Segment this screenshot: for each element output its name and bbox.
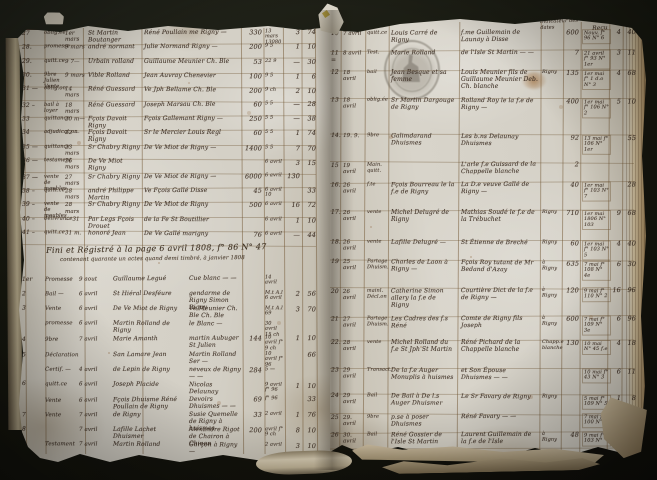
total: 18 <box>623 340 636 347</box>
registration-note: 6 avril <box>265 173 285 178</box>
registration-note: 22 9 <box>265 59 285 64</box>
total: 28 <box>623 181 636 189</box>
right-page: Indicateur des dates Reçu 107 avrilquitt… <box>330 16 648 464</box>
amount: 48 <box>562 432 579 440</box>
total: 10 <box>303 383 316 391</box>
registration-note: 9 avril f° 96 <box>265 382 285 393</box>
party-two: Courtière Dict de la f.e de Rigny — <box>461 288 538 302</box>
party-two: Nicolas Delaunay <box>189 382 241 396</box>
total: 10 <box>303 427 316 434</box>
total: 10 <box>303 443 316 451</box>
amount: 60 <box>562 240 579 248</box>
total: 40 <box>623 240 636 248</box>
registration-note: 5 5 <box>265 130 285 135</box>
act-date: 4 avril <box>79 366 109 372</box>
act-date: 8 avril <box>343 50 365 56</box>
entry-number: 34 <box>22 130 44 137</box>
party-one: Michel Rolland du f.e St Jph St Martin <box>391 340 455 354</box>
party-one: de Lepin de Rigny <box>113 366 187 373</box>
amount: 53 <box>242 59 262 66</box>
party-one: Michel Delugré de Rigny <box>391 210 455 224</box>
party-one: De Ve Miot Rigny <box>88 159 140 173</box>
total: 28 <box>303 101 316 109</box>
registration-note: 9 5 <box>265 44 285 49</box>
amount: 200 <box>242 44 262 52</box>
entry-number: 11 = <box>331 50 343 64</box>
amount: 6000 <box>242 173 262 181</box>
amount: 135 <box>562 70 579 77</box>
act-date: 6 avril <box>79 397 109 404</box>
entry-number: 12 <box>331 70 343 77</box>
left-page: 1808 27oblig.ée1er marsSt Martin Boutang… <box>18 22 330 462</box>
act-date: 26 avril <box>343 210 365 223</box>
party-two: Joseph Marsau Ch. Ble <box>144 101 240 109</box>
registration-note: 9 5 <box>265 73 285 78</box>
act-type: testament <box>44 158 64 164</box>
party-one: andré normant <box>88 44 140 51</box>
party-two: De Ve Miot de Rigny <box>144 202 240 209</box>
entry-number: 24 <box>331 393 343 400</box>
entry-number: 31 — <box>22 86 44 93</box>
total: 56 <box>303 291 316 298</box>
total: 15 <box>303 160 316 168</box>
total: 44 <box>303 232 316 240</box>
party-one: Guillaume Legué <box>113 276 187 283</box>
total: 11 <box>623 368 636 376</box>
act-date: 14 mars <box>65 87 87 100</box>
fee: 7 <box>286 145 300 153</box>
amount: 2 <box>562 161 579 169</box>
total: 8 <box>623 395 636 403</box>
total: 40 <box>623 29 636 37</box>
party-one: Joseph Placide <box>113 381 187 388</box>
total: 72 <box>303 202 316 209</box>
act-type: Main. quitt. <box>367 163 388 175</box>
act-type: quitt.ce <box>44 230 64 236</box>
party-one: Fçois Davoit Rigny <box>88 130 140 144</box>
entry-number: 1er <box>22 277 44 284</box>
act-date: 26 avril <box>343 182 365 195</box>
closing-statement-line2: contenant quarante un actes quand demi t… <box>60 255 316 264</box>
total: 30 <box>623 261 636 269</box>
amount: 635 <box>562 261 579 269</box>
party-one: Martin Rolland <box>113 442 187 449</box>
party-one: De la f.e Auger Monuplis à huismes <box>391 368 455 382</box>
act-date: 25 avril <box>343 259 365 272</box>
total: 11 <box>623 49 636 57</box>
rolled-paper-scrap <box>256 449 353 475</box>
foxing-specks <box>18 22 20 24</box>
act-date: 28 avril <box>343 340 365 353</box>
party-two: Réné Favary — — <box>461 414 538 421</box>
act-date: 6 avril <box>79 306 109 312</box>
act-type: Vente <box>45 397 77 404</box>
entry-number: 27 <box>22 31 44 38</box>
entry-number: 32 – <box>22 103 44 110</box>
register-row: Certif. —4 avrilde Lepin de Rignyneveux … <box>18 366 316 382</box>
act-type: 9bre <box>367 415 388 421</box>
fee: 1 <box>286 130 300 137</box>
act-type: Promesse <box>45 277 77 284</box>
fee: 4 <box>610 240 621 248</box>
party-one: Réné Guessard <box>88 87 140 94</box>
total: 68 <box>623 70 636 77</box>
amount: 120 <box>562 287 579 295</box>
act-type: Partage Dhuism. <box>367 259 388 271</box>
entry-number: 33 <box>22 117 44 124</box>
party-one: andré Philippe Martin <box>88 188 140 202</box>
act-date: 18 avril <box>343 98 365 111</box>
act-date: 29 avril <box>343 393 365 406</box>
act-type: bail à loyer <box>44 102 64 114</box>
party-two: Laurent Guillemain de la f.e de l'Isle <box>461 432 538 446</box>
fee: 16 <box>286 202 300 209</box>
entry-number: 18. <box>331 239 343 246</box>
act-type: oblig.on <box>44 87 64 93</box>
registration-note: M.t A.l 69 <box>265 306 285 317</box>
act-type: oblig.ée <box>367 98 388 104</box>
entry-number: 14. <box>331 133 343 140</box>
entry-number: 25 <box>331 415 343 422</box>
fee: — <box>286 116 300 124</box>
act-date: 19 avril <box>343 163 365 176</box>
total: 10 <box>303 217 316 225</box>
fee: 4 <box>610 29 621 37</box>
party-one: Marie Rolland <box>391 50 455 57</box>
amount: 284 <box>242 367 262 375</box>
registration-note: 1er mai f° 106 N° 2 <box>582 98 611 118</box>
total: 96 <box>623 287 636 295</box>
entry-number: 41 – <box>22 230 44 237</box>
party-two: De Ve Miot de Rigny — <box>144 173 240 181</box>
register-row: 16.26 avrilf.teFçois Bourreau le la f.e … <box>330 181 634 211</box>
registration-note: 6 avril <box>265 217 285 222</box>
register-row: 17.26 avrilventeMichel Delugré de RignyM… <box>330 210 634 241</box>
total: 10 <box>303 335 316 343</box>
act-type: Déclaration <box>45 352 77 358</box>
party-one: honoré Jean <box>88 230 140 237</box>
party-two: martin Aubuger St Julien <box>189 336 241 350</box>
act-type: Test. <box>367 50 388 56</box>
registration-note: M.t A.l 6 avril <box>265 291 285 302</box>
closing-statement: Fini et Régistré à la page 6 avril 1808,… <box>46 246 316 264</box>
registration-note: 7 mai f° 108 N° 4e <box>582 261 611 281</box>
amount: 45 <box>242 188 262 196</box>
fee: 4 <box>610 340 621 347</box>
act-type: Bail <box>367 432 388 438</box>
total: 10 <box>303 44 316 52</box>
registration-note: 6 avril <box>265 232 285 237</box>
fee: 6 <box>610 368 621 376</box>
party-one: Galimdarand Dhuismes <box>391 133 455 147</box>
amount: 60 <box>242 101 262 109</box>
act-type: oblig.ée <box>44 31 64 37</box>
paper-tab <box>44 11 65 25</box>
entry-number: 15 <box>331 163 343 170</box>
act-date: 28 mars <box>65 188 87 201</box>
amount: 7 <box>562 50 579 58</box>
party-two: de la Fe St Boutillier <box>144 216 240 223</box>
fee: — <box>286 101 300 109</box>
party-one: Sr Chabry Rigny <box>88 145 140 152</box>
entry-number: 13 <box>331 97 343 104</box>
party-two: Le Sr Favary de Rigny <box>461 394 538 401</box>
entry-number: 23 <box>331 367 343 374</box>
fee: 16 <box>610 287 621 295</box>
total: 10 <box>303 88 316 96</box>
act-date: 31 m. <box>65 230 87 236</box>
act-type: vente <box>367 210 388 216</box>
registration-note: 10 avril f° 9 ch <box>265 336 285 352</box>
entry-number: 17. <box>331 210 343 217</box>
amount: 130 <box>562 340 579 347</box>
party-one: Vible Rolland <box>88 73 140 80</box>
party-two: le Blanc — <box>189 321 241 328</box>
party-one: Fçois Davoit Rigny <box>88 116 140 130</box>
fee: 3 <box>286 160 300 168</box>
register-row: 1218 avrilbailJean Besque et sa femmeLou… <box>330 70 634 99</box>
entry-number: 19 <box>331 259 343 266</box>
registration-note: 6 avril 10 <box>265 187 285 198</box>
fee: 1 <box>286 73 300 81</box>
total: 33 <box>303 187 316 195</box>
total: 68 <box>623 210 636 217</box>
act-type: Bail <box>367 393 388 399</box>
act-type: Bail — <box>45 291 77 297</box>
fee: 1 <box>286 217 300 225</box>
amount: 200 <box>242 88 262 96</box>
fee: — <box>286 232 300 240</box>
place: à Rigny <box>542 260 561 272</box>
place: à Rigny <box>542 287 561 299</box>
amount: 1400 <box>242 145 262 153</box>
party-one: Marie Amanth <box>113 336 187 343</box>
act-date: 26 avril <box>343 240 365 253</box>
party-one: Jean Besque et sa femme <box>391 70 455 84</box>
amount: 92 <box>562 135 579 143</box>
act-date: 23 mars <box>65 144 87 157</box>
register-scan: 1808 27oblig.ée1er marsSt Martin Boutang… <box>0 0 657 480</box>
party-two: Devoirs Dhuismes — — <box>189 396 241 410</box>
party-two: Julie Normand Rigny — <box>144 44 240 51</box>
party-two: Louis Meunier fils de Guillaume Meunier … <box>461 70 538 91</box>
entry-number: 2 <box>22 291 44 298</box>
act-type: Vente <box>45 412 77 418</box>
registration-note: 2 avril <box>265 443 285 448</box>
place: à Rigny <box>542 316 561 328</box>
fee: 6 <box>610 316 621 324</box>
registration-note: avril f° 9 ch <box>265 427 285 438</box>
amount: 76 <box>242 231 262 239</box>
entry-number: 37 — <box>22 174 44 181</box>
registration-note: Nouv. f° 96 N° 6 <box>582 29 611 44</box>
party-two: Réné Pichard de la Chappelle blanche <box>461 340 538 354</box>
amount: 40 <box>562 182 579 190</box>
party-one: Charles de Laon à Rigny — <box>391 259 455 273</box>
act-type: quitt.ce <box>45 381 77 388</box>
entry-number: 40 – <box>22 216 44 223</box>
party-one: de Rigny <box>113 412 187 419</box>
act-type: vente <box>367 240 388 246</box>
party-two: et Son Épouse Dhuismes — — <box>461 368 538 382</box>
party-two: Mathias Soudé le f.e de la Trébuchet <box>461 210 538 224</box>
entry-number: 16. <box>331 182 343 189</box>
party-one: San Lamare Jean <box>113 351 187 358</box>
registration-note: 1er mai 1806 N° 103 <box>582 210 611 230</box>
party-one: Urbain rolland <box>88 59 140 66</box>
act-date: 18 mars <box>65 102 87 115</box>
entry-number: 30. <box>22 73 44 80</box>
act-type: 9bre <box>45 337 77 344</box>
party-one: Louis Carré de Rigny <box>391 30 455 44</box>
act-type: f.te <box>367 182 388 188</box>
party-one: Réné Guessard <box>88 102 140 109</box>
registration-note: 7 mai f° 109 N° 3e <box>582 316 611 336</box>
fee: 130 <box>286 173 300 181</box>
entry-number: 22. <box>331 340 343 347</box>
entry-number: 9 <box>22 441 44 448</box>
act-date: 19. 9. <box>343 133 365 139</box>
act-date: 9 aout <box>79 276 109 283</box>
entry-number: 35 — <box>22 144 44 151</box>
act-date: 9 mars <box>65 73 87 79</box>
party-one: p.se à poser Dhuismes <box>391 414 455 428</box>
party-two: Jean Auvray Chenevier <box>144 73 240 80</box>
amount: 60 <box>242 130 262 137</box>
amount: 600 <box>562 316 579 324</box>
amount: 100 <box>242 73 262 81</box>
party-two: Guillaume Meunier Ch. Ble <box>144 59 240 66</box>
entry-number: 36 — <box>22 158 44 165</box>
act-type: quitt.ce <box>44 59 64 65</box>
fee: 2 <box>286 291 300 298</box>
total: 74 <box>303 130 316 137</box>
registration-note: 9 mai f° 110 N° 2 <box>582 287 611 302</box>
amount: 600 <box>562 29 579 37</box>
fee: 5 <box>610 98 621 106</box>
act-type: quittance <box>44 116 64 122</box>
place: Rigny <box>542 240 561 246</box>
party-one: Lafille Delugré — <box>391 240 455 247</box>
act-date: 29 avril <box>343 368 365 381</box>
act-date: 26 avril <box>343 289 365 302</box>
total: 6 <box>303 74 316 82</box>
total: 30 <box>303 59 316 66</box>
amount: 330 <box>242 29 262 37</box>
party-one: Sr Martin Dargouge de Rigny <box>391 98 455 112</box>
fee: 8 <box>286 427 300 434</box>
party-one: Fçois Dhuisme Réné Poullain de Rigny <box>113 397 187 411</box>
act-type: Certif. — <box>45 366 77 372</box>
act-date: 27 avril <box>343 316 365 329</box>
total: 70 <box>303 306 316 313</box>
party-two: L'arle f.e Guissard de la Chappelle blan… <box>461 162 538 176</box>
act-type: promesse <box>45 320 77 327</box>
register-row: 14.19. 9.9breGalimdarand DhuismesLes b.n… <box>330 133 634 164</box>
act-type: délivrance <box>44 216 64 222</box>
registration-note: 5 5 <box>265 101 285 106</box>
register-row: 22.28 avrilventeMichel Rolland du f.e St… <box>330 340 634 369</box>
entry-number: 38 – <box>22 188 44 195</box>
total: 10 <box>623 98 636 106</box>
amount: 33 <box>242 412 262 420</box>
entry-number: 28. <box>22 45 44 52</box>
party-two: De Ve Miot de Rigny — <box>144 145 240 152</box>
party-two: Comte de Rigny fils Joseph <box>461 316 538 330</box>
register-row: 7Vente7 avrilde RignySusie Quemelle de R… <box>18 412 316 428</box>
entry-number: 6 <box>22 381 44 388</box>
amount: 500 <box>242 202 262 209</box>
act-type: mainl. Décl.on <box>367 289 388 301</box>
party-two: De Ve Gallé marigny <box>144 231 240 239</box>
fee: — <box>286 59 300 66</box>
amount: 400 <box>562 98 579 106</box>
party-one: De Ve Miot de Rigny <box>113 306 187 313</box>
entry-number: 20 <box>331 289 343 296</box>
party-two: Cue blanc — — <box>189 276 241 283</box>
register-row: 2026 avrilmainl. Décl.onCatherine Simon … <box>330 287 634 318</box>
registration-note: 1er mai f° 1 d.o N° 3 <box>582 70 611 90</box>
act-date: 22 — <box>65 130 87 136</box>
party-two: Garçon à Rigny — <box>189 442 241 456</box>
party-two: neveux de Rigny — — <box>189 367 241 381</box>
previous-pages-edge <box>6 38 23 430</box>
registration-note: 6 avril <box>265 202 285 207</box>
registration-note: 21 avril f° 93 N° 1er <box>582 50 611 70</box>
amount: 710 <box>562 210 579 217</box>
registration-note: 2 avril <box>265 412 285 417</box>
act-date: 9 mars <box>65 45 87 51</box>
act-date: 1er mars <box>65 31 87 44</box>
entry-number: 7 <box>22 412 44 419</box>
total: 74 <box>303 29 316 37</box>
party-one: Par Legs Fçois Drouet <box>88 216 140 230</box>
act-type: adjudicat.on <box>44 130 64 136</box>
act-type: Vente <box>45 306 77 312</box>
act-date: 29. avril <box>343 415 365 428</box>
party-one: Catherine Simon allery la f.e de Rigny <box>391 288 455 309</box>
party-two: Les b.ns Delaunay Dhuismes <box>461 134 538 148</box>
fee: 3 <box>286 306 300 313</box>
act-date: 18 avril <box>343 70 365 83</box>
total: 66 <box>303 351 316 358</box>
party-two: Fçois Roy tutant de Mr Bedand d'Azay <box>461 260 538 274</box>
act-date: 6 avril <box>79 321 109 328</box>
registration-note: 1er mai f° 103 N° 5 <box>582 240 611 260</box>
party-one: Fçois Bourreau le la f.e de Rigny <box>391 182 455 196</box>
registration-note: 5 5 <box>265 116 285 121</box>
total: 96 <box>623 315 636 323</box>
party-one: Les Cadres des f.s Réné <box>391 316 455 330</box>
entry-number: 3 <box>22 306 44 313</box>
registration-note: 13 mai f° 106 N° 1er <box>582 135 611 155</box>
party-two: Rolland Roy le la f.e de Rigny — <box>461 98 538 112</box>
party-two: St Étienne de Breché <box>461 240 538 247</box>
act-date: 7 avril <box>79 427 109 433</box>
act-date: 7 avril <box>79 337 109 344</box>
amount: 200 <box>242 427 262 435</box>
register-row: 1925 avrilPartage Dhuism.Charles de Laon… <box>330 259 634 290</box>
total: 55 <box>623 135 636 143</box>
act-date: 7 avril <box>79 412 109 418</box>
registration-note: 10 avril f° 96 <box>265 351 285 367</box>
place: Chapp.e blanche <box>542 340 561 352</box>
registration-note: 10 mai N° 45 f.e <box>582 340 611 355</box>
act-type: bail <box>367 70 388 76</box>
act-date: 30. avril <box>343 432 365 445</box>
act-date: 28 mars <box>65 202 87 215</box>
entry-number: 29. <box>22 59 44 66</box>
